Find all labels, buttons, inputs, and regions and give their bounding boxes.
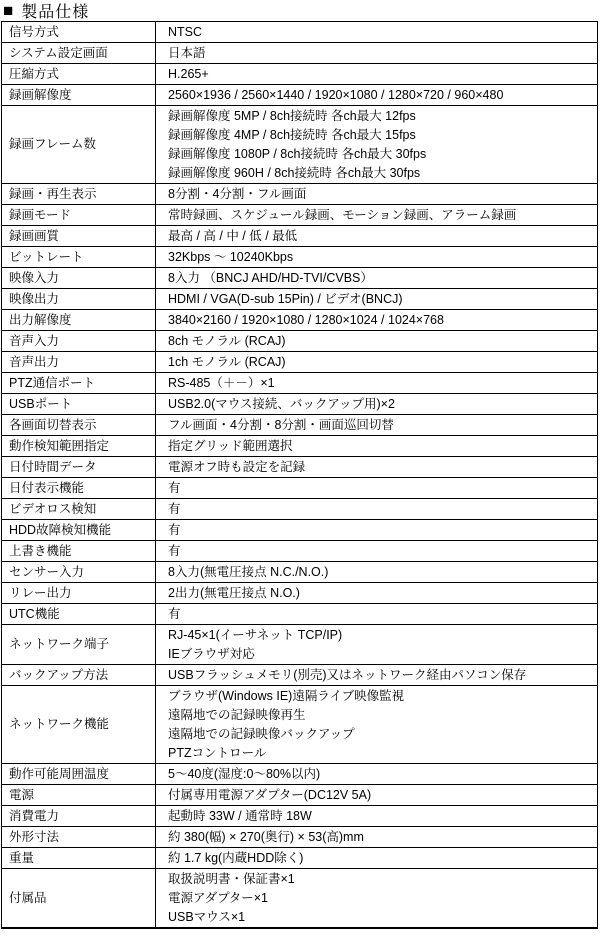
spec-value-line: 8分割・4分割・フル画面 <box>168 185 591 204</box>
spec-value: 指定グリッド範囲選択 <box>156 436 598 457</box>
spec-value-line: 8入力 （BNCJ AHD/HD-TVI/CVBS） <box>168 269 591 288</box>
spec-value: 常時録画、スケジュール録画、モーション録画、アラーム録画 <box>156 205 598 226</box>
table-row: USBポートUSB2.0(マウス接続、バックアップ用)×2 <box>2 394 598 415</box>
spec-value-line: USB2.0(マウス接続、バックアップ用)×2 <box>168 395 591 414</box>
spec-value: 録画解像度 5MP / 8ch接続時 各ch最大 12fps録画解像度 4MP … <box>156 106 598 184</box>
spec-value-line: 電源アダプター×1 <box>168 889 591 908</box>
spec-value-line: H.265+ <box>168 65 591 84</box>
spec-label: 付属品 <box>2 869 156 929</box>
spec-label: 録画モード <box>2 205 156 226</box>
spec-value-line: IEブラウザ対応 <box>168 645 591 664</box>
spec-value-line: 録画解像度 960H / 8ch接続時 各ch最大 30fps <box>168 164 591 183</box>
spec-value-line: 32Kbps ～ 10240Kbps <box>168 248 591 267</box>
spec-value-line: フル画面・4分割・8分割・画面巡回切替 <box>168 416 591 435</box>
spec-label: 録画画質 <box>2 226 156 247</box>
spec-label: USBポート <box>2 394 156 415</box>
spec-value: 5～40度(湿度:0～80%以内) <box>156 764 598 785</box>
spec-value-line: 3840×2160 / 1920×1080 / 1280×1024 / 1024… <box>168 311 591 330</box>
spec-value: RJ-45×1(イーサネット TCP/IP)IEブラウザ対応 <box>156 625 598 665</box>
spec-value-line: 指定グリッド範囲選択 <box>168 437 591 456</box>
spec-value-line: 遠隔地での記録映像再生 <box>168 706 591 725</box>
table-row: 消費電力起動時 33W / 通常時 18W <box>2 806 598 827</box>
spec-table-body: 信号方式NTSCシステム設定画面日本語圧縮方式H.265+録画解像度2560×1… <box>2 22 598 929</box>
spec-table: 信号方式NTSCシステム設定画面日本語圧縮方式H.265+録画解像度2560×1… <box>1 21 598 929</box>
spec-value-line: RJ-45×1(イーサネット TCP/IP) <box>168 626 591 645</box>
spec-value-line: 有 <box>168 542 591 561</box>
table-row: バックアップ方法USBフラッシュメモリ(別売)又はネットワーク経由パソコン保存 <box>2 665 598 686</box>
spec-value: 3840×2160 / 1920×1080 / 1280×1024 / 1024… <box>156 310 598 331</box>
table-row: 上書き機能有 <box>2 541 598 562</box>
table-row: 圧縮方式H.265+ <box>2 64 598 85</box>
spec-label: 出力解像度 <box>2 310 156 331</box>
spec-value-line: RS-485（＋－）×1 <box>168 374 591 393</box>
table-row: ビットレート32Kbps ～ 10240Kbps <box>2 247 598 268</box>
spec-label: 外形寸法 <box>2 827 156 848</box>
spec-value-line: 起動時 33W / 通常時 18W <box>168 807 591 826</box>
spec-value-line: 常時録画、スケジュール録画、モーション録画、アラーム録画 <box>168 206 591 225</box>
table-row: 電源付属専用電源アダプター(DC12V 5A) <box>2 785 598 806</box>
spec-value: ブラウザ(Windows IE)遠隔ライブ映像監視遠隔地での記録映像再生遠隔地で… <box>156 686 598 764</box>
spec-label: 録画フレーム数 <box>2 106 156 184</box>
spec-value: 2出力(無電圧接点 N.O.) <box>156 583 598 604</box>
spec-value-line: 1ch モノラル (RCAJ) <box>168 353 591 372</box>
spec-label: 録画解像度 <box>2 85 156 106</box>
table-row: 日付表示機能有 <box>2 478 598 499</box>
spec-value: USB2.0(マウス接続、バックアップ用)×2 <box>156 394 598 415</box>
table-row: ネットワーク機能ブラウザ(Windows IE)遠隔ライブ映像監視遠隔地での記録… <box>2 686 598 764</box>
spec-label: 音声出力 <box>2 352 156 373</box>
spec-label: 上書き機能 <box>2 541 156 562</box>
table-row: システム設定画面日本語 <box>2 43 598 64</box>
spec-value: 2560×1936 / 2560×1440 / 1920×1080 / 1280… <box>156 85 598 106</box>
table-row: 信号方式NTSC <box>2 22 598 43</box>
table-row: 出力解像度3840×2160 / 1920×1080 / 1280×1024 /… <box>2 310 598 331</box>
spec-value: 1ch モノラル (RCAJ) <box>156 352 598 373</box>
spec-value: HDMI / VGA(D-sub 15Pin) / ビデオ(BNCJ) <box>156 289 598 310</box>
spec-value: 約 1.7 kg(内蔵HDD除く) <box>156 848 598 869</box>
spec-value: RS-485（＋－）×1 <box>156 373 598 394</box>
spec-label: ビットレート <box>2 247 156 268</box>
table-row: 音声出力1ch モノラル (RCAJ) <box>2 352 598 373</box>
table-row: 外形寸法約 380(幅) × 270(奥行) × 53(高)mm <box>2 827 598 848</box>
table-row: 映像入力8入力 （BNCJ AHD/HD-TVI/CVBS） <box>2 268 598 289</box>
spec-label: バックアップ方法 <box>2 665 156 686</box>
table-row: UTC機能有 <box>2 604 598 625</box>
table-row: 録画モード常時録画、スケジュール録画、モーション録画、アラーム録画 <box>2 205 598 226</box>
spec-label: 映像入力 <box>2 268 156 289</box>
table-row: ネットワーク端子RJ-45×1(イーサネット TCP/IP)IEブラウザ対応 <box>2 625 598 665</box>
spec-label: 日付表示機能 <box>2 478 156 499</box>
spec-value: 取扱説明書・保証書×1電源アダプター×1USBマウス×1 <box>156 869 598 929</box>
table-row: 録画フレーム数録画解像度 5MP / 8ch接続時 各ch最大 12fps録画解… <box>2 106 598 184</box>
table-row: 録画解像度2560×1936 / 2560×1440 / 1920×1080 /… <box>2 85 598 106</box>
spec-label: リレー出力 <box>2 583 156 604</box>
spec-value: 日本語 <box>156 43 598 64</box>
spec-label: 録画・再生表示 <box>2 184 156 205</box>
spec-value-line: 録画解像度 5MP / 8ch接続時 各ch最大 12fps <box>168 107 591 126</box>
spec-label: 圧縮方式 <box>2 64 156 85</box>
spec-value: 8入力(無電圧接点 N.C./N.O.) <box>156 562 598 583</box>
spec-label: HDD故障検知機能 <box>2 520 156 541</box>
table-row: HDD故障検知機能有 <box>2 520 598 541</box>
spec-value-line: 2出力(無電圧接点 N.O.) <box>168 584 591 603</box>
table-row: 動作検知範囲指定指定グリッド範囲選択 <box>2 436 598 457</box>
spec-value: H.265+ <box>156 64 598 85</box>
spec-label: 日付時間データ <box>2 457 156 478</box>
spec-value: 8入力 （BNCJ AHD/HD-TVI/CVBS） <box>156 268 598 289</box>
spec-label: ネットワーク端子 <box>2 625 156 665</box>
spec-value-line: 約 1.7 kg(内蔵HDD除く) <box>168 849 591 868</box>
spec-value-line: 有 <box>168 521 591 540</box>
spec-value-line: HDMI / VGA(D-sub 15Pin) / ビデオ(BNCJ) <box>168 290 591 309</box>
spec-value: 起動時 33W / 通常時 18W <box>156 806 598 827</box>
table-row: ビデオロス検知有 <box>2 499 598 520</box>
table-row: センサー入力8入力(無電圧接点 N.C./N.O.) <box>2 562 598 583</box>
spec-value-line: 2560×1936 / 2560×1440 / 1920×1080 / 1280… <box>168 86 591 105</box>
spec-value: 付属専用電源アダプター(DC12V 5A) <box>156 785 598 806</box>
page-title-text: 製品仕様 <box>21 0 89 22</box>
spec-label: ビデオロス検知 <box>2 499 156 520</box>
spec-value-line: 8ch モノラル (RCAJ) <box>168 332 591 351</box>
spec-label: UTC機能 <box>2 604 156 625</box>
spec-value-line: USBフラッシュメモリ(別売)又はネットワーク経由パソコン保存 <box>168 666 591 685</box>
spec-value-line: ブラウザ(Windows IE)遠隔ライブ映像監視 <box>168 687 591 706</box>
spec-value: 有 <box>156 604 598 625</box>
spec-value-line: 録画解像度 4MP / 8ch接続時 各ch最大 15fps <box>168 126 591 145</box>
spec-value: USBフラッシュメモリ(別売)又はネットワーク経由パソコン保存 <box>156 665 598 686</box>
spec-sheet: ■ 製品仕様 信号方式NTSCシステム設定画面日本語圧縮方式H.265+録画解像… <box>0 0 600 929</box>
table-row: 映像出力HDMI / VGA(D-sub 15Pin) / ビデオ(BNCJ) <box>2 289 598 310</box>
spec-value: 有 <box>156 520 598 541</box>
table-row: 各画面切替表示フル画面・4分割・8分割・画面巡回切替 <box>2 415 598 436</box>
spec-value-line: 付属専用電源アダプター(DC12V 5A) <box>168 786 591 805</box>
spec-value: 8ch モノラル (RCAJ) <box>156 331 598 352</box>
spec-value-line: 約 380(幅) × 270(奥行) × 53(高)mm <box>168 828 591 847</box>
spec-value-line: PTZコントロール <box>168 744 591 763</box>
spec-label: 音声入力 <box>2 331 156 352</box>
section-marker-icon: ■ <box>3 2 14 19</box>
spec-value: フル画面・4分割・8分割・画面巡回切替 <box>156 415 598 436</box>
table-row: 録画・再生表示8分割・4分割・フル画面 <box>2 184 598 205</box>
spec-label: システム設定画面 <box>2 43 156 64</box>
spec-value: 有 <box>156 541 598 562</box>
spec-value-line: NTSC <box>168 23 591 42</box>
spec-value-line: 有 <box>168 500 591 519</box>
spec-value-line: USBマウス×1 <box>168 908 591 927</box>
spec-value-line: 5～40度(湿度:0～80%以内) <box>168 765 591 784</box>
spec-label: 動作可能周囲温度 <box>2 764 156 785</box>
spec-label: 電源 <box>2 785 156 806</box>
spec-label: 各画面切替表示 <box>2 415 156 436</box>
spec-value: 有 <box>156 499 598 520</box>
spec-label: 重量 <box>2 848 156 869</box>
spec-value-line: 最高 / 高 / 中 / 低 / 最低 <box>168 227 591 246</box>
spec-value: 電源オフ時も設定を記録 <box>156 457 598 478</box>
spec-value-line: 取扱説明書・保証書×1 <box>168 870 591 889</box>
spec-label: センサー入力 <box>2 562 156 583</box>
spec-value: 有 <box>156 478 598 499</box>
table-row: PTZ通信ポートRS-485（＋－）×1 <box>2 373 598 394</box>
spec-value-line: 有 <box>168 605 591 624</box>
spec-label: 信号方式 <box>2 22 156 43</box>
spec-label: 消費電力 <box>2 806 156 827</box>
table-row: 音声入力8ch モノラル (RCAJ) <box>2 331 598 352</box>
table-row: 付属品取扱説明書・保証書×1電源アダプター×1USBマウス×1 <box>2 869 598 929</box>
spec-label: ネットワーク機能 <box>2 686 156 764</box>
spec-value-line: 8入力(無電圧接点 N.C./N.O.) <box>168 563 591 582</box>
spec-label: 映像出力 <box>2 289 156 310</box>
spec-value: 32Kbps ～ 10240Kbps <box>156 247 598 268</box>
spec-value-line: 電源オフ時も設定を記録 <box>168 458 591 477</box>
table-row: 録画画質最高 / 高 / 中 / 低 / 最低 <box>2 226 598 247</box>
table-row: 重量約 1.7 kg(内蔵HDD除く) <box>2 848 598 869</box>
table-row: 動作可能周囲温度5～40度(湿度:0～80%以内) <box>2 764 598 785</box>
spec-value-line: 遠隔地での記録映像バックアップ <box>168 725 591 744</box>
table-row: リレー出力2出力(無電圧接点 N.O.) <box>2 583 598 604</box>
spec-value: 8分割・4分割・フル画面 <box>156 184 598 205</box>
spec-value-line: 録画解像度 1080P / 8ch接続時 各ch最大 30fps <box>168 145 591 164</box>
spec-label: PTZ通信ポート <box>2 373 156 394</box>
page-title: ■ 製品仕様 <box>0 0 600 21</box>
table-row: 日付時間データ電源オフ時も設定を記録 <box>2 457 598 478</box>
spec-value-line: 有 <box>168 479 591 498</box>
spec-value-line: 日本語 <box>168 44 591 63</box>
spec-label: 動作検知範囲指定 <box>2 436 156 457</box>
spec-value: NTSC <box>156 22 598 43</box>
spec-value: 最高 / 高 / 中 / 低 / 最低 <box>156 226 598 247</box>
spec-value: 約 380(幅) × 270(奥行) × 53(高)mm <box>156 827 598 848</box>
